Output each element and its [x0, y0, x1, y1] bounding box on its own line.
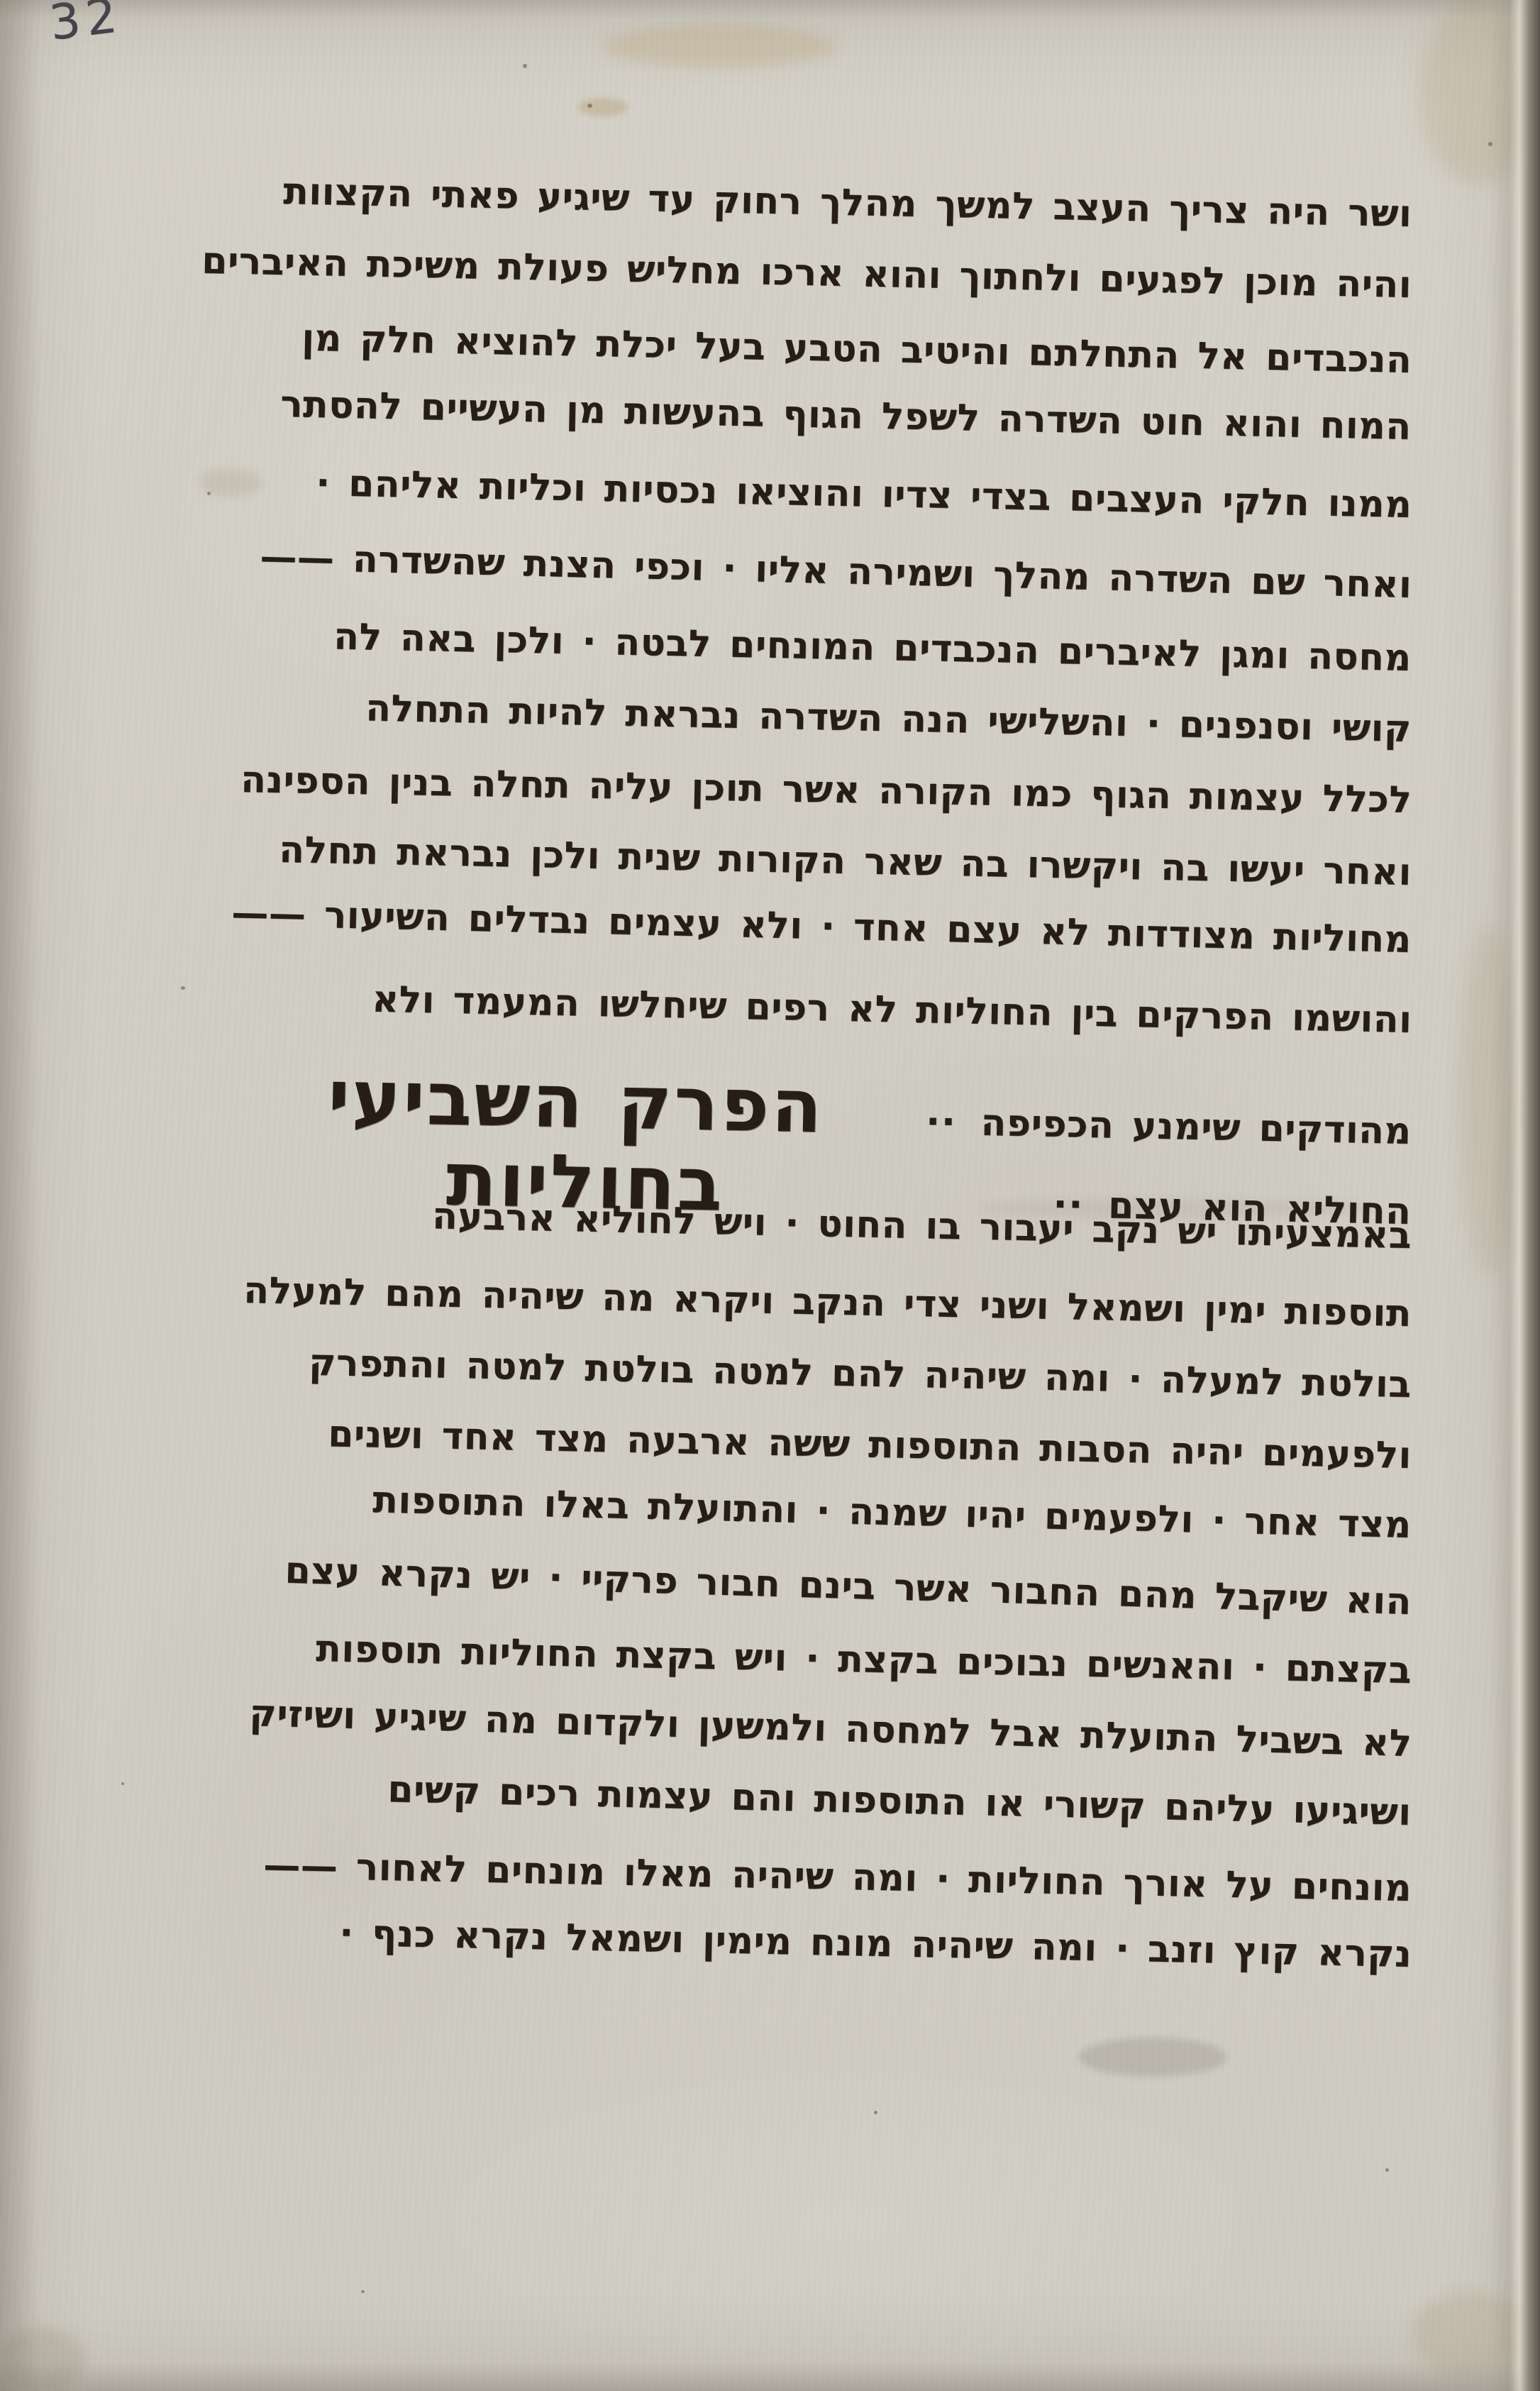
text-line: ושר היה צריך העצב למשך מהלך רחוק עד שיגי…: [282, 170, 1412, 236]
text-line: בולטת למעלה · ומה שיהיה להם למטה בולטת ל…: [309, 1342, 1412, 1406]
text-line: והושמו הפרקים בין החוליות לא רפים שיחלשו…: [371, 978, 1412, 1042]
separator-dots: ··: [926, 1100, 958, 1144]
text-line: לא בשביל התועלת אבל למחסה ולמשען ולקדום …: [248, 1692, 1412, 1765]
text-line: ושיגיעו עליהם קשורי או התוספות והם עצמות…: [387, 1768, 1412, 1834]
text-line: ואחר שם השדרה מהלך ושמירה אליו · וכפי הצ…: [259, 536, 1412, 607]
text-line: קושי וסנפנים · והשלישי הנה השדרה נבראת ל…: [365, 687, 1412, 751]
text-line: בקצתם · והאנשים נבוכים בקצת · ויש בקצת ה…: [316, 1628, 1412, 1692]
text-line: מונחים על אורך החוליות · ומה שיהיה מאלו …: [263, 1845, 1412, 1910]
text-line: המוח והוא חוט השדרה לשפל הגוף בהעשות מן …: [280, 383, 1412, 448]
text-block: ושר היה צריך העצב למשך מהלך רחוק עד שיגי…: [0, 0, 1412, 2391]
chapter-title-line-1: הפרק השביעי: [327, 1053, 825, 1149]
text-line: מצד אחר · ולפעמים יהיו שמנה · והתועלת בא…: [372, 1479, 1412, 1547]
text-line: מחסה ומגן לאיברים הנכבדים המונחים לבטה ·…: [333, 616, 1412, 680]
text-line: ממנו חלקי העצבים בצדי צדיו והוציאו נכסיו…: [315, 462, 1412, 526]
text-line: נקרא קוץ וזנב · ומה שיהיה מונח מימין ושמ…: [339, 1912, 1412, 1976]
page-top-edge-shadow: [0, 0, 1540, 18]
text-line: מחוליות מצודדות לא עצם אחד · ולא עצמים נ…: [231, 892, 1412, 961]
text-line: ולפעמים יהיה הסבות התוספות ששה ארבעה מצד…: [328, 1413, 1412, 1477]
text-line: הוא שיקבל מהם החבור אשר בינם חבור פרקיי …: [284, 1550, 1412, 1623]
binding-gutter-edge: [1489, 0, 1540, 2391]
page-left-edge-shadow: [0, 0, 40, 2391]
text-line: והיה מוכן לפגעים ולחתוך והוא ארכו מחליש …: [201, 240, 1412, 307]
text-line: תוספות ימין ושמאל ושני צדי הנקב ויקרא מה…: [243, 1269, 1412, 1335]
page-bottom-edge-shadow: [0, 2363, 1540, 2391]
text-line: מהודקים שימנע הכפיפה: [980, 1102, 1412, 1153]
text-line: לכלל עצמות הגוף כמו הקורה אשר תוכן עליה …: [240, 758, 1412, 822]
text-line: ואחר יעשו בה ויקשרו בה שאר הקורות שנית ו…: [279, 829, 1412, 894]
text-line: הנכבדים אל התחלתם והיטיב הטבע בעל יכלת ל…: [301, 317, 1412, 382]
manuscript-page: 32 ושר היה צריך העצב למשך מהלך רחוק עד ש…: [0, 0, 1540, 2391]
